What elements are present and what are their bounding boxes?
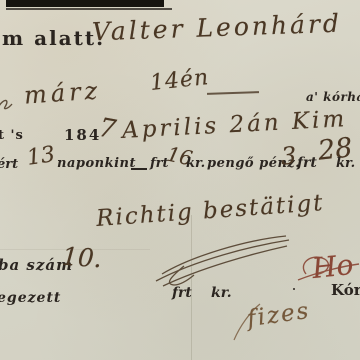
- top-edge-rule: [6, 8, 172, 10]
- printed-kr-2: kr.: [336, 156, 355, 171]
- handwriting-fragment: [0, 90, 18, 114]
- handwritten-days: 13: [25, 142, 56, 171]
- printed-label-alatt: m alatt.: [2, 26, 105, 50]
- handwritten-day: 14én: [149, 65, 210, 96]
- printed-footer-frt: frt: [172, 285, 192, 301]
- handwritten-year-digit: 7: [97, 113, 119, 145]
- handwritten-total-frt: 3: [280, 142, 297, 171]
- day-dash-stroke: [207, 91, 259, 94]
- document-page: m alatt. Valter Leonhárd márz 14én a' kó…: [0, 0, 360, 360]
- paraph-scribble: [150, 228, 295, 290]
- handwritten-verification-note: Richtig bestätigt: [95, 190, 325, 232]
- printed-naponkint: naponkint: [57, 156, 136, 171]
- paper-crease-vertical: [191, 215, 192, 360]
- printed-a-korha: a' kórhá: [306, 90, 360, 104]
- top-edge-bar: [6, 0, 164, 7]
- footer-dot: [293, 288, 295, 290]
- printed-kor: Kór: [331, 281, 360, 299]
- printed-frt-2: frt: [297, 155, 317, 171]
- printed-kr-1: kr.: [186, 156, 205, 171]
- handwritten-discharge-date: Aprilis 2án Kim: [121, 106, 347, 144]
- paper-crease-horizontal: [0, 249, 150, 250]
- printed-ert: ért: [0, 157, 18, 172]
- fizes-flourish: [232, 298, 262, 342]
- fee-dash-stroke: [131, 168, 147, 170]
- handwritten-month: márz: [23, 76, 102, 109]
- handwritten-registry-number: 10.: [61, 242, 103, 274]
- handwritten-patient-name: Valter Leonhárd: [92, 9, 343, 47]
- printed-t-s: t 's: [0, 128, 24, 143]
- printed-egezett: egezett: [0, 290, 61, 306]
- printed-footer-kr: kr.: [211, 285, 232, 301]
